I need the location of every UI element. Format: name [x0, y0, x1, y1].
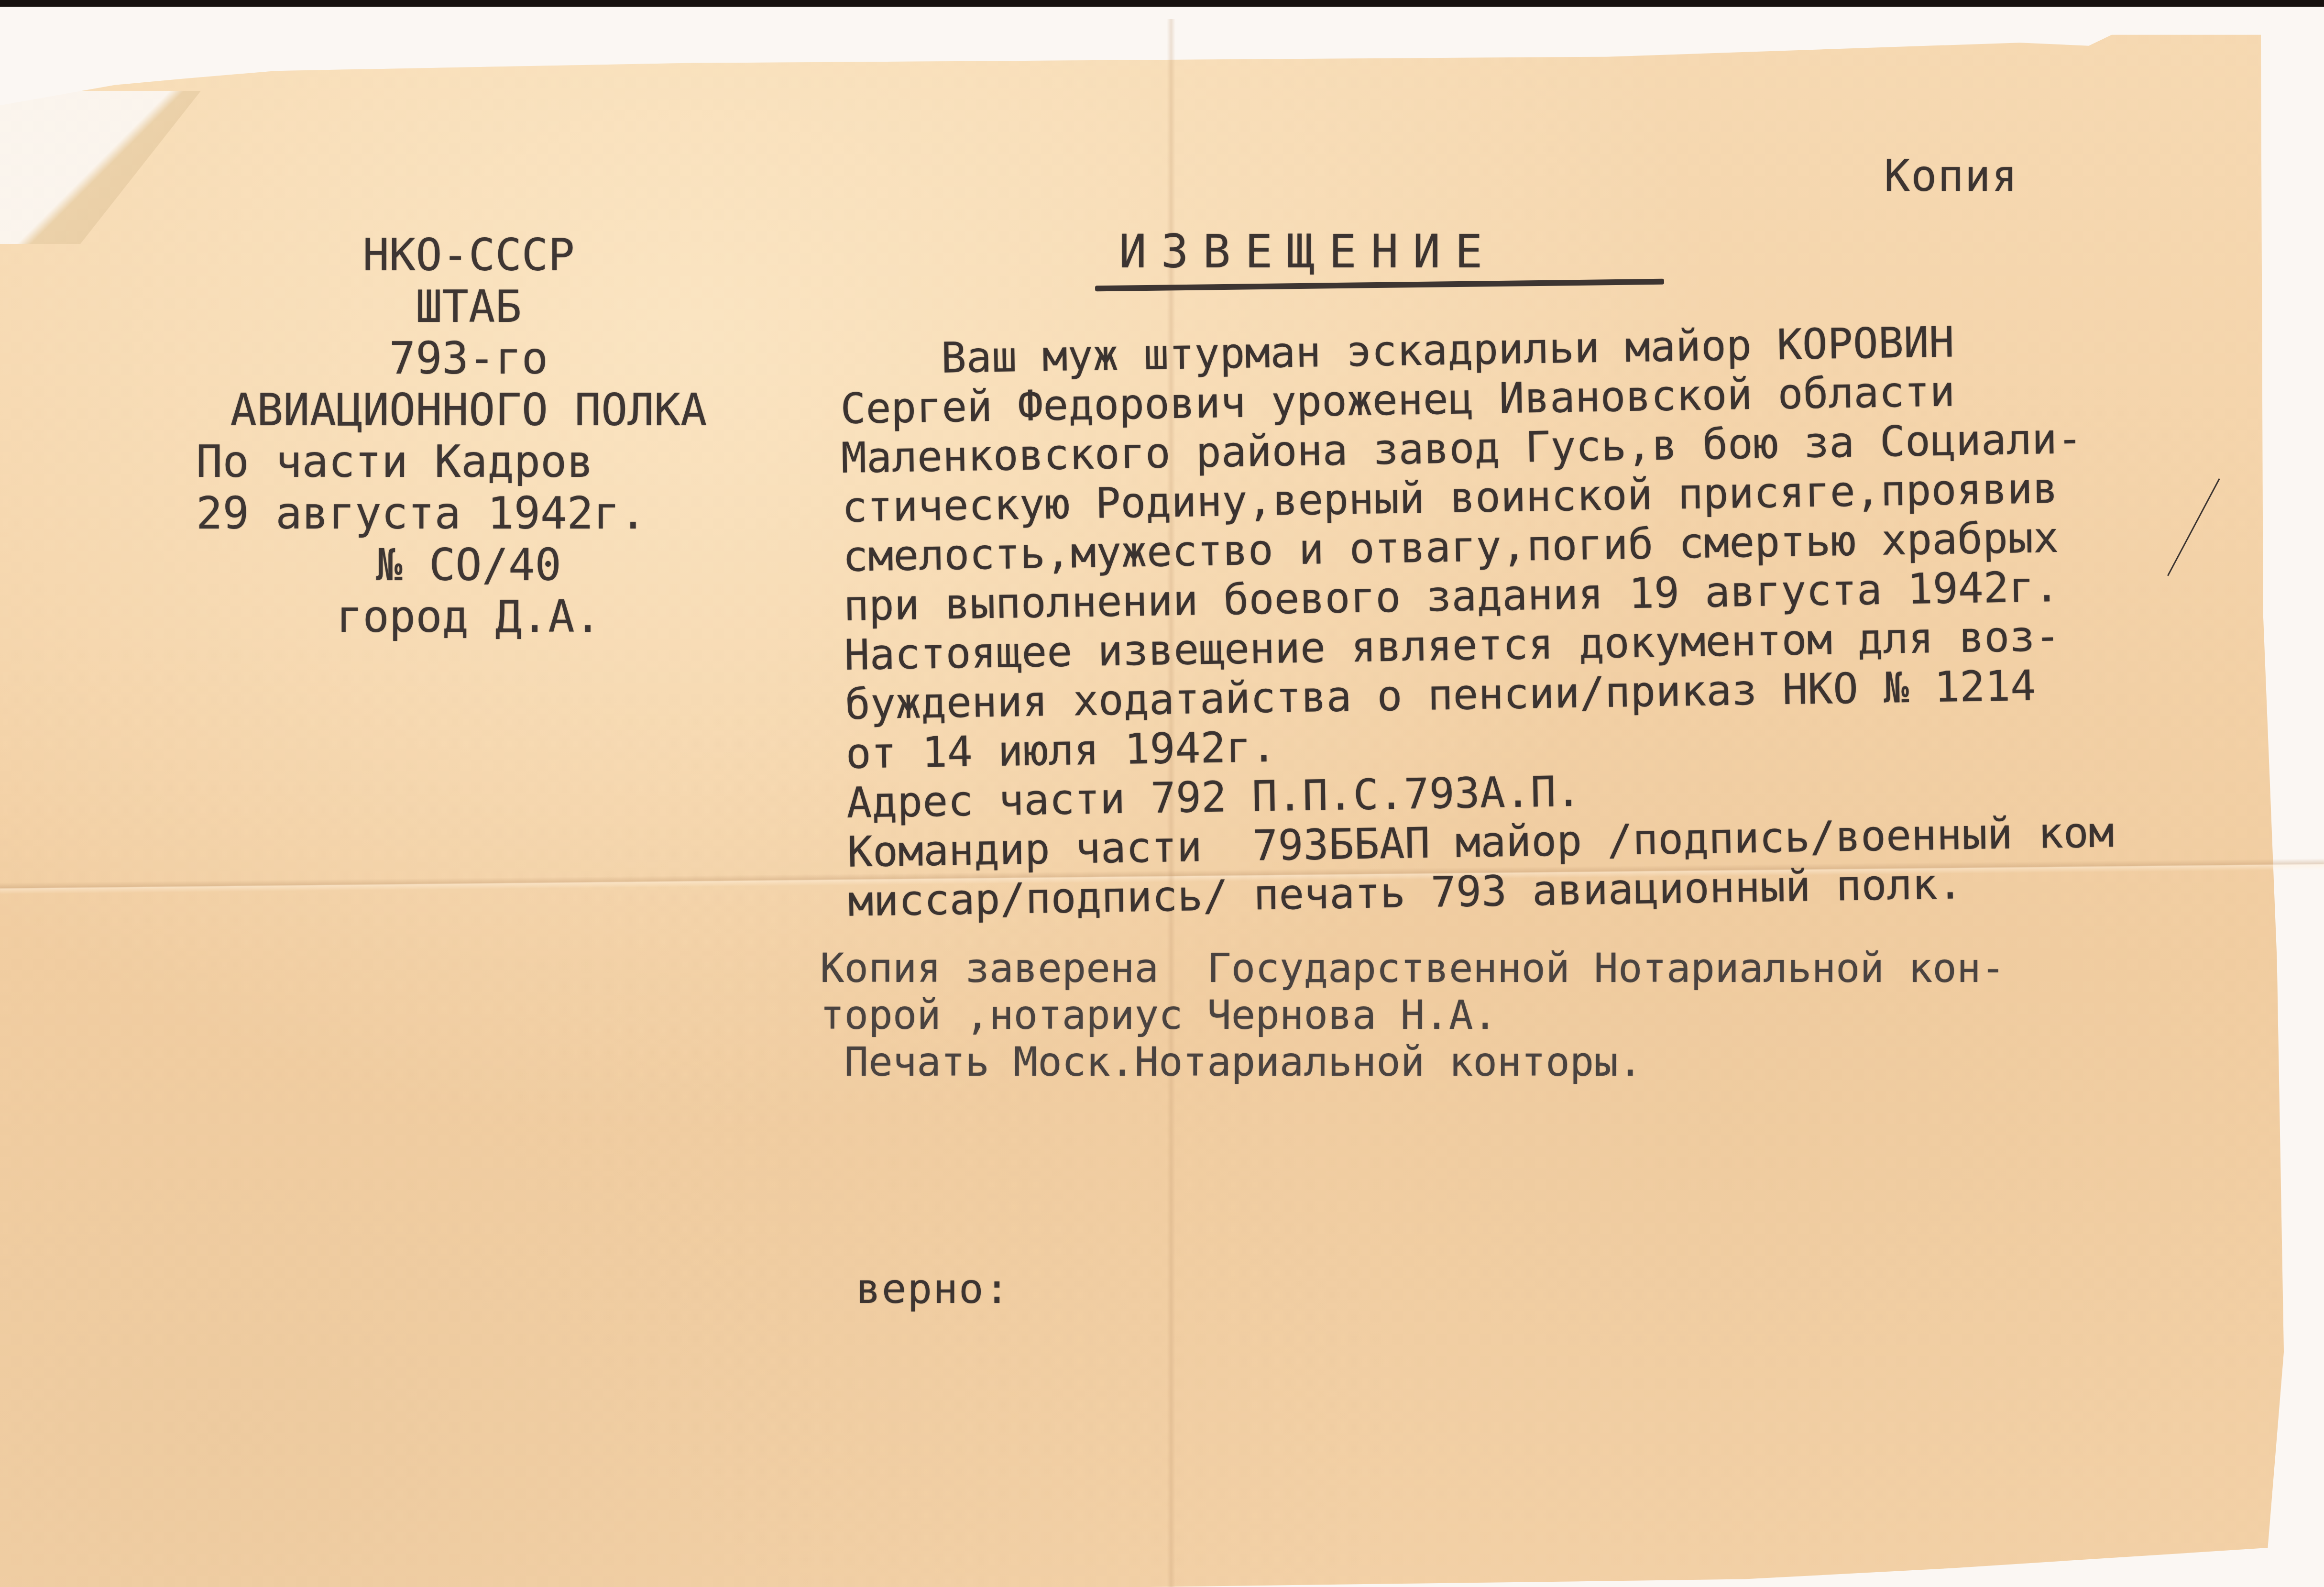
copy-label: Копия	[1884, 151, 2018, 201]
notary-line: Печать Моск.Нотариальной конторы.	[820, 1038, 2302, 1085]
notice-body: Ваш муж штурман эскадрильи майор КОРОВИН…	[839, 311, 2324, 926]
header-line-regiment-name: АВИАЦИОННОГО ПОЛКА	[182, 385, 756, 436]
header-line-date: 29 августа 1942г.	[182, 488, 756, 540]
notary-line: торой ,нотариус Чернова Н.А.	[820, 992, 2302, 1038]
header-line-ministry: НКО-СССР	[182, 230, 756, 281]
issuer-header: НКО-СССР ШТАБ 793-го АВИАЦИОННОГО ПОЛКА …	[182, 230, 756, 643]
document-title: ИЗВЕЩЕНИЕ	[1119, 225, 1497, 278]
verified-label: верно:	[856, 1265, 1010, 1313]
header-line-regiment-number: 793-го	[182, 333, 756, 385]
scanned-document: Копия НКО-СССР ШТАБ 793-го АВИАЦИОННОГО …	[0, 0, 2324, 1587]
scanner-edge	[0, 0, 2324, 7]
notary-line: Копия заверена Государственной Нотариаль…	[820, 945, 2302, 992]
header-line-department: По части Кадров	[182, 436, 756, 488]
header-line-city: город Д.А.	[182, 591, 756, 643]
header-line-reference-number: № СО/40	[182, 540, 756, 591]
notary-certification: Копия заверена Государственной Нотариаль…	[820, 945, 2302, 1085]
header-line-staff: ШТАБ	[182, 281, 756, 333]
